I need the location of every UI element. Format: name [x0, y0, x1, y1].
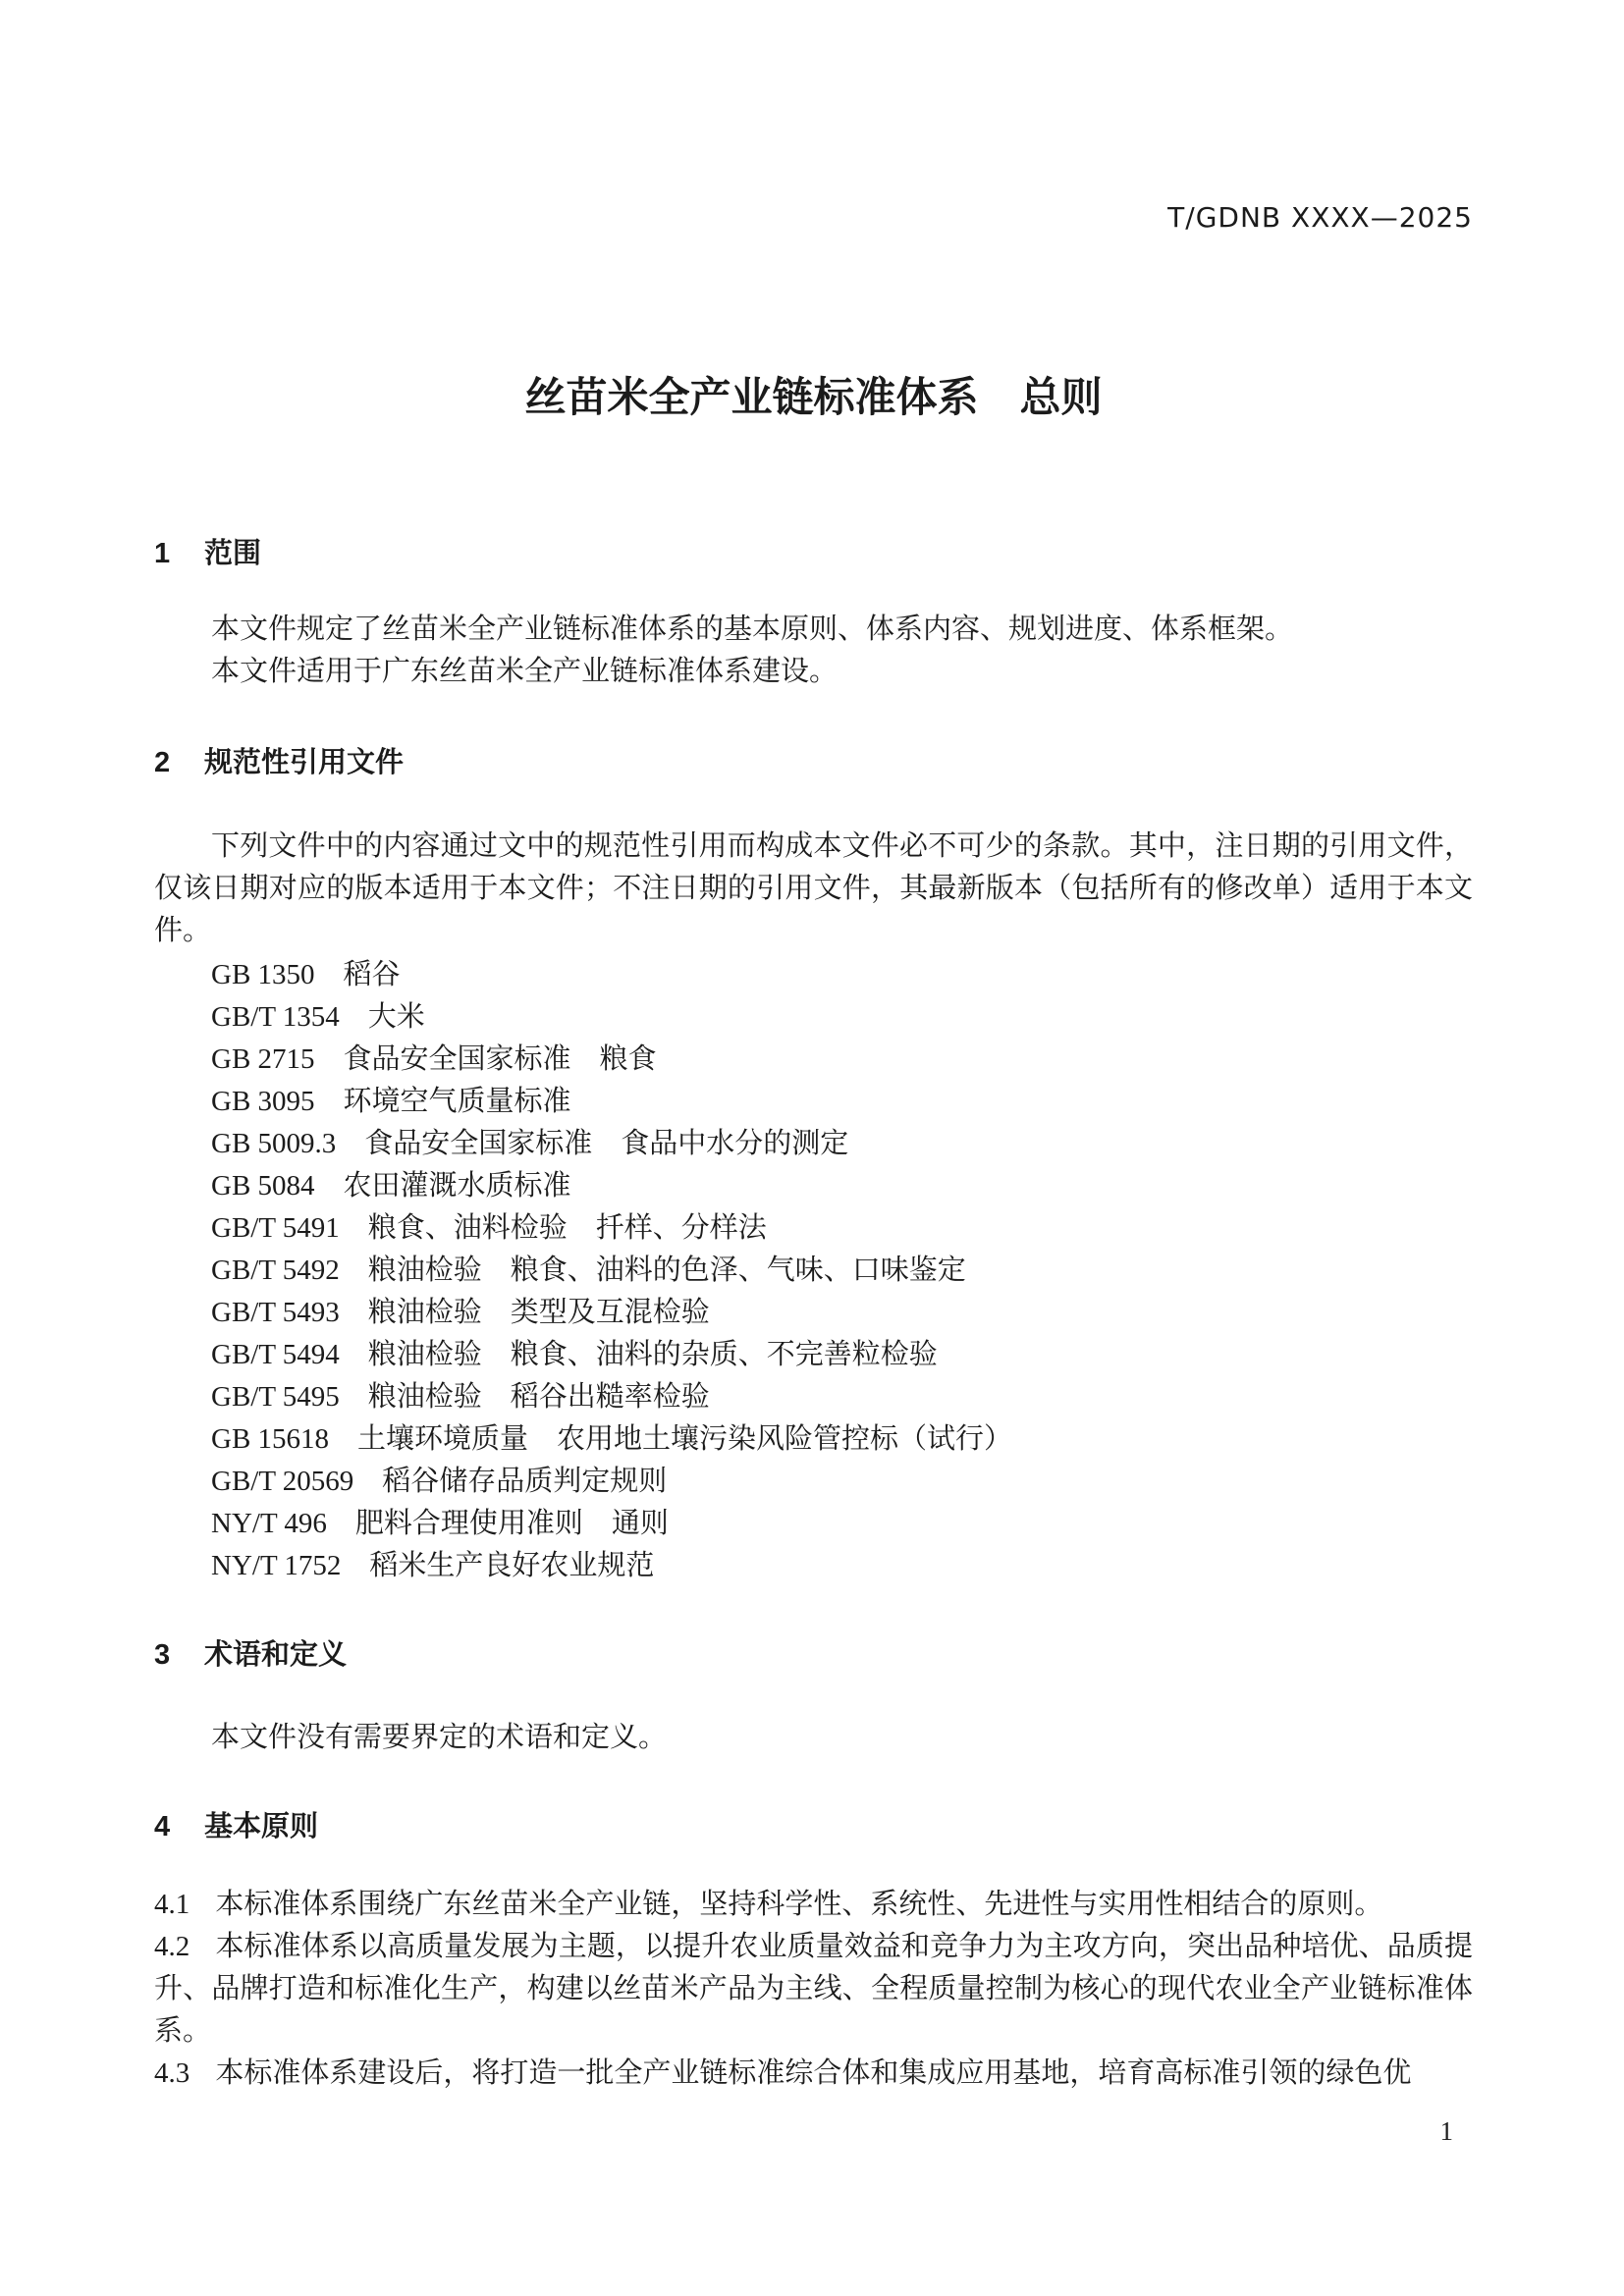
reference-name: 粮油检验 类型及互混检验 — [368, 1297, 710, 1328]
reference-name: 稻米生产良好农业规范 — [369, 1550, 654, 1581]
scope-paragraph-2: 本文件适用于广东丝苗米全产业链标准体系建设。 — [154, 651, 1473, 693]
section-basic-principles-heading: 4基本原则 — [154, 1806, 1473, 1848]
reference-name: 环境空气质量标准 — [344, 1086, 571, 1117]
reference-code: NY/T 496 — [211, 1508, 327, 1539]
normative-references-intro: 下列文件中的内容通过文中的规范性引用而构成本文件必不可少的条款。其中，注日期的引… — [154, 826, 1473, 952]
reference-code: NY/T 1752 — [211, 1550, 341, 1581]
section-number: 4 — [154, 1811, 170, 1842]
section-heading-text: 术语和定义 — [204, 1639, 347, 1671]
reference-item: GB/T 5491粮食、油料检验 扦样、分样法 — [154, 1207, 1473, 1250]
clause-number: 4.3 — [154, 2057, 189, 2089]
reference-name: 粮油检验 粮食、油料的杂质、不完善粒检验 — [368, 1339, 938, 1370]
clause-4-3: 4.3本标准体系建设后，将打造一批全产业链标准综合体和集成应用基地，培育高标准引… — [154, 2053, 1473, 2095]
reference-name: 粮油检验 稻谷出糙率检验 — [368, 1381, 710, 1413]
clause-text: 本标准体系围绕广东丝苗米全产业链，坚持科学性、系统性、先进性与实用性相结合的原则… — [215, 1889, 1382, 1920]
document-page: T/GDNB XXXX—2025 丝苗米全产业链标准体系 总则 1范围 本文件规… — [0, 0, 1624, 2296]
clause-4-1: 4.1本标准体系围绕广东丝苗米全产业链，坚持科学性、系统性、先进性与实用性相结合… — [154, 1884, 1473, 1926]
scope-paragraph-1: 本文件规定了丝苗米全产业链标准体系的基本原则、体系内容、规划进度、体系框架。 — [154, 609, 1473, 651]
reference-item: GB/T 1354大米 — [154, 996, 1473, 1039]
reference-list: GB 1350稻谷 GB/T 1354大米 GB 2715食品安全国家标准 粮食… — [154, 954, 1473, 1587]
terms-paragraph: 本文件没有需要界定的术语和定义。 — [154, 1717, 1473, 1759]
standard-code-header: T/GDNB XXXX—2025 — [154, 196, 1473, 239]
reference-code: GB 2715 — [211, 1043, 315, 1075]
section-number: 3 — [154, 1639, 170, 1671]
reference-item: NY/T 1752稻米生产良好农业规范 — [154, 1545, 1473, 1587]
section-heading-text: 规范性引用文件 — [204, 747, 404, 778]
reference-item: GB/T 5494粮油检验 粮食、油料的杂质、不完善粒检验 — [154, 1334, 1473, 1376]
reference-item: NY/T 496肥料合理使用准则 通则 — [154, 1503, 1473, 1545]
reference-code: GB 15618 — [211, 1423, 329, 1455]
reference-code: GB 3095 — [211, 1086, 315, 1117]
section-normative-references-heading: 2规范性引用文件 — [154, 742, 1473, 784]
reference-code: GB/T 1354 — [211, 1001, 340, 1033]
clause-text: 本标准体系以高质量发展为主题，以提升农业质量效益和竞争力为主攻方向，突出品种培优… — [154, 1931, 1473, 2047]
reference-name: 食品安全国家标准 粮食 — [344, 1043, 657, 1075]
section-number: 2 — [154, 747, 170, 778]
section-terms-definitions: 3术语和定义 本文件没有需要界定的术语和定义。 — [154, 1634, 1473, 1759]
reference-code: GB/T 5491 — [211, 1212, 340, 1244]
clause-4-2: 4.2本标准体系以高质量发展为主题，以提升农业质量效益和竞争力为主攻方向，突出品… — [154, 1926, 1473, 2053]
reference-item: GB 15618土壤环境质量 农用地土壤污染风险管控标（试行） — [154, 1418, 1473, 1461]
section-terms-definitions-heading: 3术语和定义 — [154, 1634, 1473, 1677]
clause-number: 4.1 — [154, 1889, 189, 1920]
reference-item: GB 1350稻谷 — [154, 954, 1473, 996]
reference-name: 粮食、油料检验 扦样、分样法 — [368, 1212, 767, 1244]
reference-code: GB/T 5495 — [211, 1381, 340, 1413]
reference-code: GB/T 5494 — [211, 1339, 340, 1370]
reference-code: GB 5084 — [211, 1170, 315, 1201]
reference-item: GB/T 5493粮油检验 类型及互混检验 — [154, 1292, 1473, 1334]
reference-item: GB/T 5492粮油检验 粮食、油料的色泽、气味、口味鉴定 — [154, 1250, 1473, 1292]
reference-code: GB/T 5492 — [211, 1255, 340, 1286]
reference-code: GB/T 5493 — [211, 1297, 340, 1328]
section-normative-references: 2规范性引用文件 下列文件中的内容通过文中的规范性引用而构成本文件必不可少的条款… — [154, 742, 1473, 1587]
reference-name: 土壤环境质量 农用地土壤污染风险管控标（试行） — [357, 1423, 1012, 1455]
reference-item: GB 3095环境空气质量标准 — [154, 1081, 1473, 1123]
section-number: 1 — [154, 538, 170, 569]
reference-item: GB 5084农田灌溉水质标准 — [154, 1165, 1473, 1207]
section-heading-text: 基本原则 — [204, 1811, 318, 1842]
reference-name: 大米 — [368, 1001, 425, 1033]
reference-name: 稻谷 — [344, 959, 401, 990]
reference-item: GB 5009.3食品安全国家标准 食品中水分的测定 — [154, 1123, 1473, 1165]
reference-item: GB 2715食品安全国家标准 粮食 — [154, 1039, 1473, 1081]
reference-name: 粮油检验 粮食、油料的色泽、气味、口味鉴定 — [368, 1255, 966, 1286]
clause-text: 本标准体系建设后，将打造一批全产业链标准综合体和集成应用基地，培育高标准引领的绿… — [215, 2057, 1411, 2089]
reference-code: GB 5009.3 — [211, 1128, 336, 1159]
reference-name: 稻谷储存品质判定规则 — [382, 1466, 667, 1497]
reference-item: GB/T 5495粮油检验 稻谷出糙率检验 — [154, 1376, 1473, 1418]
section-heading-text: 范围 — [204, 538, 261, 569]
clause-number: 4.2 — [154, 1931, 189, 1962]
reference-code: GB/T 20569 — [211, 1466, 353, 1497]
page-number: 1 — [154, 2111, 1473, 2151]
section-basic-principles: 4基本原则 4.1本标准体系围绕广东丝苗米全产业链，坚持科学性、系统性、先进性与… — [154, 1806, 1473, 2095]
reference-name: 农田灌溉水质标准 — [344, 1170, 571, 1201]
section-scope: 1范围 本文件规定了丝苗米全产业链标准体系的基本原则、体系内容、规划进度、体系框… — [154, 533, 1473, 693]
reference-code: GB 1350 — [211, 959, 315, 990]
reference-item: GB/T 20569稻谷储存品质判定规则 — [154, 1461, 1473, 1503]
section-scope-heading: 1范围 — [154, 533, 1473, 575]
document-title: 丝苗米全产业链标准体系 总则 — [154, 368, 1473, 427]
reference-name: 肥料合理使用准则 通则 — [355, 1508, 669, 1539]
reference-name: 食品安全国家标准 食品中水分的测定 — [364, 1128, 848, 1159]
